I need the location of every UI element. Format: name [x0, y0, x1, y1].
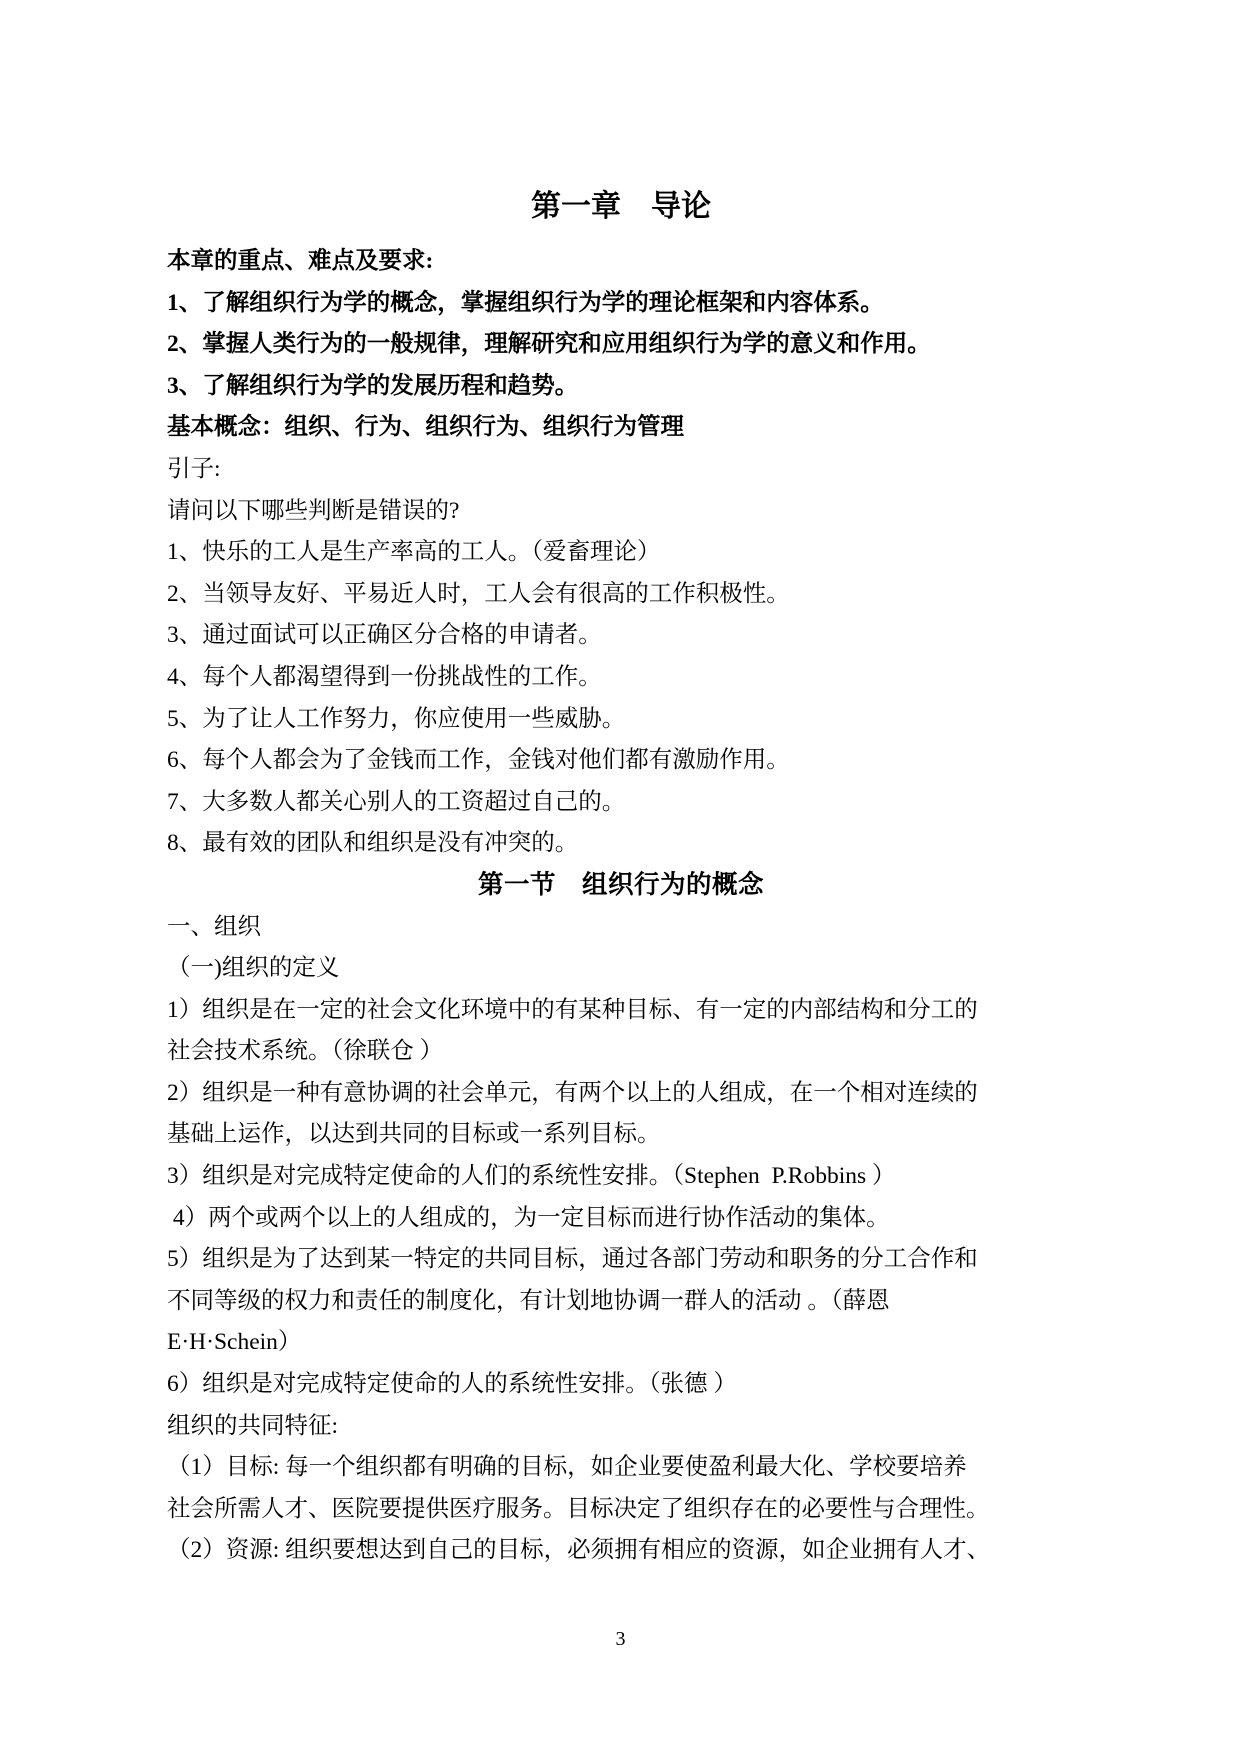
- intro-label: 引子:: [167, 449, 1075, 491]
- definition-line: 不同等级的权力和责任的制度化，有计划地协调一群人的活动 。（薛恩: [167, 1281, 1075, 1323]
- definition-line: E·H·Schein）: [167, 1322, 1075, 1364]
- chapter-title: 第一章 导论: [167, 188, 1075, 226]
- subsection-heading: （一)组织的定义: [167, 948, 1075, 990]
- requirement-item: 3、了解组织行为学的发展历程和趋势。: [167, 366, 1075, 408]
- definition-line: 4）两个或两个以上的人组成的，为一定目标而进行协作活动的集体。: [167, 1198, 1075, 1240]
- requirement-item: 2、掌握人类行为的一般规律，理解研究和应用组织行为学的意义和作用。: [167, 324, 1075, 366]
- statement-item: 2、当领导友好、平易近人时，工人会有很高的工作积极性。: [167, 574, 1075, 616]
- definition-line: 社会技术系统。（徐联仓 ）: [167, 1031, 1075, 1073]
- feature-line: （2）资源: 组织要想达到自己的目标，必须拥有相应的资源，如企业拥有人才、: [167, 1530, 1075, 1572]
- feature-line: 社会所需人才、医院要提供医疗服务。目标决定了组织存在的必要性与合理性。: [167, 1489, 1075, 1531]
- definition-line: 基础上运作，以达到共同的目标或一系列目标。: [167, 1114, 1075, 1156]
- features-heading: 组织的共同特征:: [167, 1406, 1075, 1448]
- question-line: 请问以下哪些判断是错误的?: [167, 491, 1075, 533]
- statement-item: 7、大多数人都关心别人的工资超过自己的。: [167, 782, 1075, 824]
- requirement-item: 1、了解组织行为学的概念，掌握组织行为学的理论框架和内容体系。: [167, 283, 1075, 325]
- page-number: 3: [0, 1626, 1241, 1652]
- definition-line: 1）组织是在一定的社会文化环境中的有某种目标、有一定的内部结构和分工的: [167, 990, 1075, 1032]
- document-body: 本章的重点、难点及要求:1、了解组织行为学的概念，掌握组织行为学的理论框架和内容…: [167, 241, 1075, 1572]
- statement-item: 4、每个人都渴望得到一份挑战性的工作。: [167, 657, 1075, 699]
- definition-line: 6）组织是对完成特定使命的人的系统性安排。（张德 ）: [167, 1364, 1075, 1406]
- key-points-heading: 本章的重点、难点及要求:: [167, 241, 1075, 283]
- statement-item: 6、每个人都会为了金钱而工作，金钱对他们都有激励作用。: [167, 740, 1075, 782]
- statement-item: 3、通过面试可以正确区分合格的申请者。: [167, 615, 1075, 657]
- section-heading: 第一节 组织行为的概念: [167, 865, 1075, 907]
- definition-line: 3）组织是对完成特定使命的人们的系统性安排。（Stephen P.Robbins…: [167, 1156, 1075, 1198]
- definition-line: 5）组织是为了达到某一特定的共同目标，通过各部门劳动和职务的分工合作和: [167, 1239, 1075, 1281]
- basic-concepts-line: 基本概念：组织、行为、组织行为、组织行为管理: [167, 407, 1075, 449]
- document-page: 第一章 导论 本章的重点、难点及要求:1、了解组织行为学的概念，掌握组织行为学的…: [0, 0, 1241, 1754]
- subsection-heading: 一、组织: [167, 907, 1075, 949]
- definition-line: 2）组织是一种有意协调的社会单元，有两个以上的人组成，在一个相对连续的: [167, 1073, 1075, 1115]
- statement-item: 1、快乐的工人是生产率高的工人。（爱畜理论）: [167, 532, 1075, 574]
- statement-item: 5、为了让人工作努力，你应使用一些威胁。: [167, 699, 1075, 741]
- statement-item: 8、最有效的团队和组织是没有冲突的。: [167, 823, 1075, 865]
- feature-line: （1）目标: 每一个组织都有明确的目标，如企业要使盈利最大化、学校要培养: [167, 1447, 1075, 1489]
